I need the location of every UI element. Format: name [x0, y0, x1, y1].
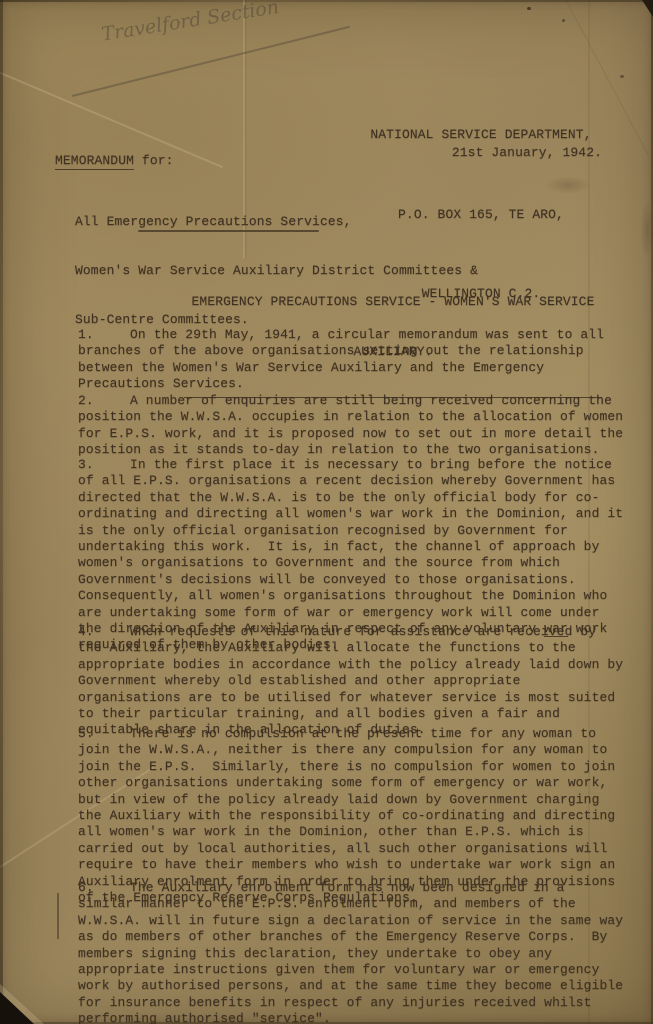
paper-speck [527, 7, 531, 10]
margin-pen-mark [57, 893, 59, 939]
addressee-divider-line [138, 230, 319, 232]
memorandum-label: MEMORANDUM for: [55, 153, 174, 169]
scan-edge-left [0, 0, 3, 1024]
paragraph-text: A number of enquiries are still being re… [78, 393, 631, 457]
paragraph-text: There is no compulsion at the present ti… [78, 726, 623, 905]
memorandum-for: for: [134, 153, 174, 168]
paragraph-number: 2. [78, 393, 130, 409]
paragraph-number: 3. [78, 457, 130, 473]
paragraph-number: 4. [78, 624, 130, 640]
paragraph-text: The Auxiliary enrolment form has now bee… [78, 880, 631, 1024]
paragraph-number: 5. [78, 726, 130, 742]
paragraph-text: On the 29th May, 1941, a circular memora… [78, 327, 612, 391]
paragraph-number: 6. [78, 880, 130, 896]
date: 21st January, 1942. [390, 145, 602, 161]
memorandum-word: MEMORANDUM [55, 153, 134, 170]
paragraph-4: 4.When requests of this nature for assis… [78, 624, 626, 739]
paragraph-1: 1.On the 29th May, 1941, a circular memo… [78, 327, 626, 393]
paragraph-number: 1. [78, 327, 130, 343]
paragraph-text: When requests of this nature for assista… [78, 624, 631, 737]
scanned-memorandum-page: Travelford Section NATIONAL SERVICE DEPA… [0, 0, 653, 1024]
paragraph-text: In the first place it is necessary to br… [78, 457, 631, 636]
subject-title-line1: EMERGENCY PRECAUTIONS SERVICE - WOMEN'S … [184, 294, 602, 311]
paragraph-2: 2.A number of enquiries are still being … [78, 393, 626, 459]
paper-speck [620, 75, 624, 78]
paper-speck [562, 19, 565, 22]
scan-edge-top [0, 0, 653, 2]
handwritten-note: Travelford Section [100, 0, 360, 46]
paragraph-6: 6.The Auxiliary enrolment form has now b… [78, 880, 626, 1024]
addressee-line: All Emergency Precautions Services, [75, 214, 478, 230]
